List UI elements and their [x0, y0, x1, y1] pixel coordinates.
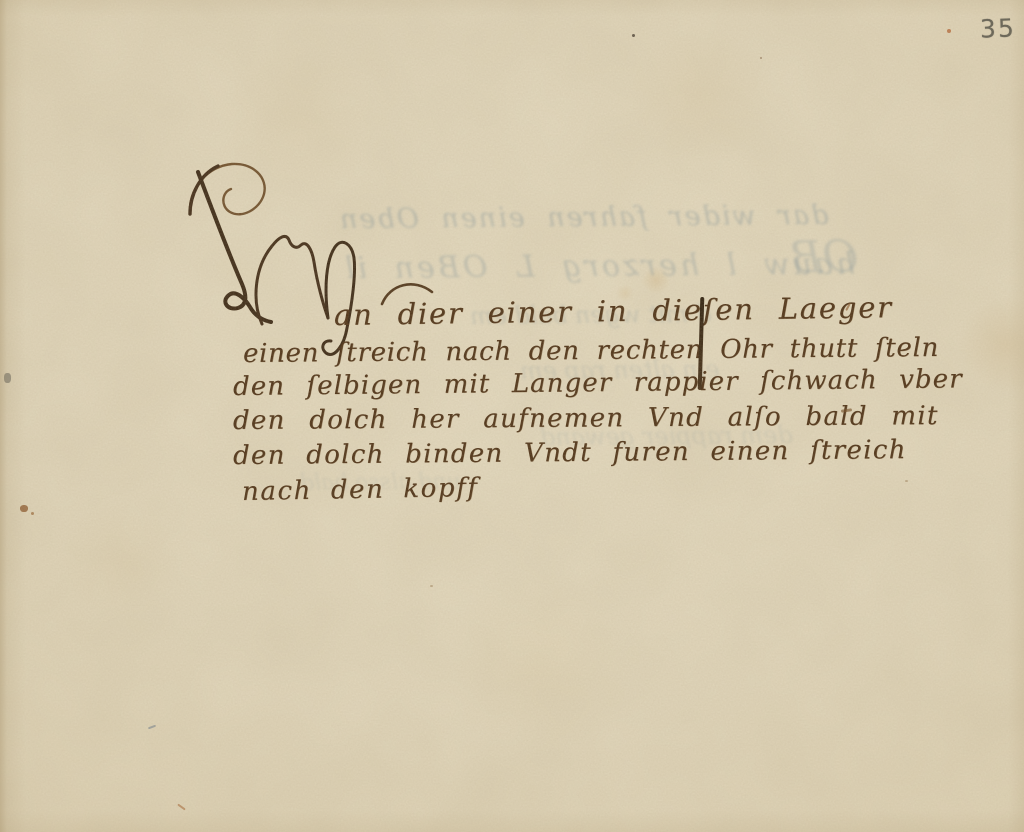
- manuscript-line: nach den kopff: [242, 475, 479, 505]
- initial-letter-w: W: [184, 156, 446, 366]
- manuscript-line: einen ſtreich nach den rechten Ohr thutt…: [243, 335, 939, 367]
- manuscript-line: an dier einer in dieſen Laeger: [334, 293, 893, 330]
- manuscript-line: den dolch her aufnemen Vnd alſo bald mit: [233, 403, 939, 434]
- manuscript-line: den ſelbigen mit Langer rappier ſchwach …: [233, 366, 963, 400]
- folio-number: 35: [980, 13, 1017, 43]
- manuscript-line: den dolch binden Vndt furen einen ſtreic…: [233, 437, 907, 469]
- bleed-through-line: OB: [790, 236, 859, 281]
- manuscript-page: dar wider fahren einen Oben hauw l herzo…: [0, 0, 1024, 832]
